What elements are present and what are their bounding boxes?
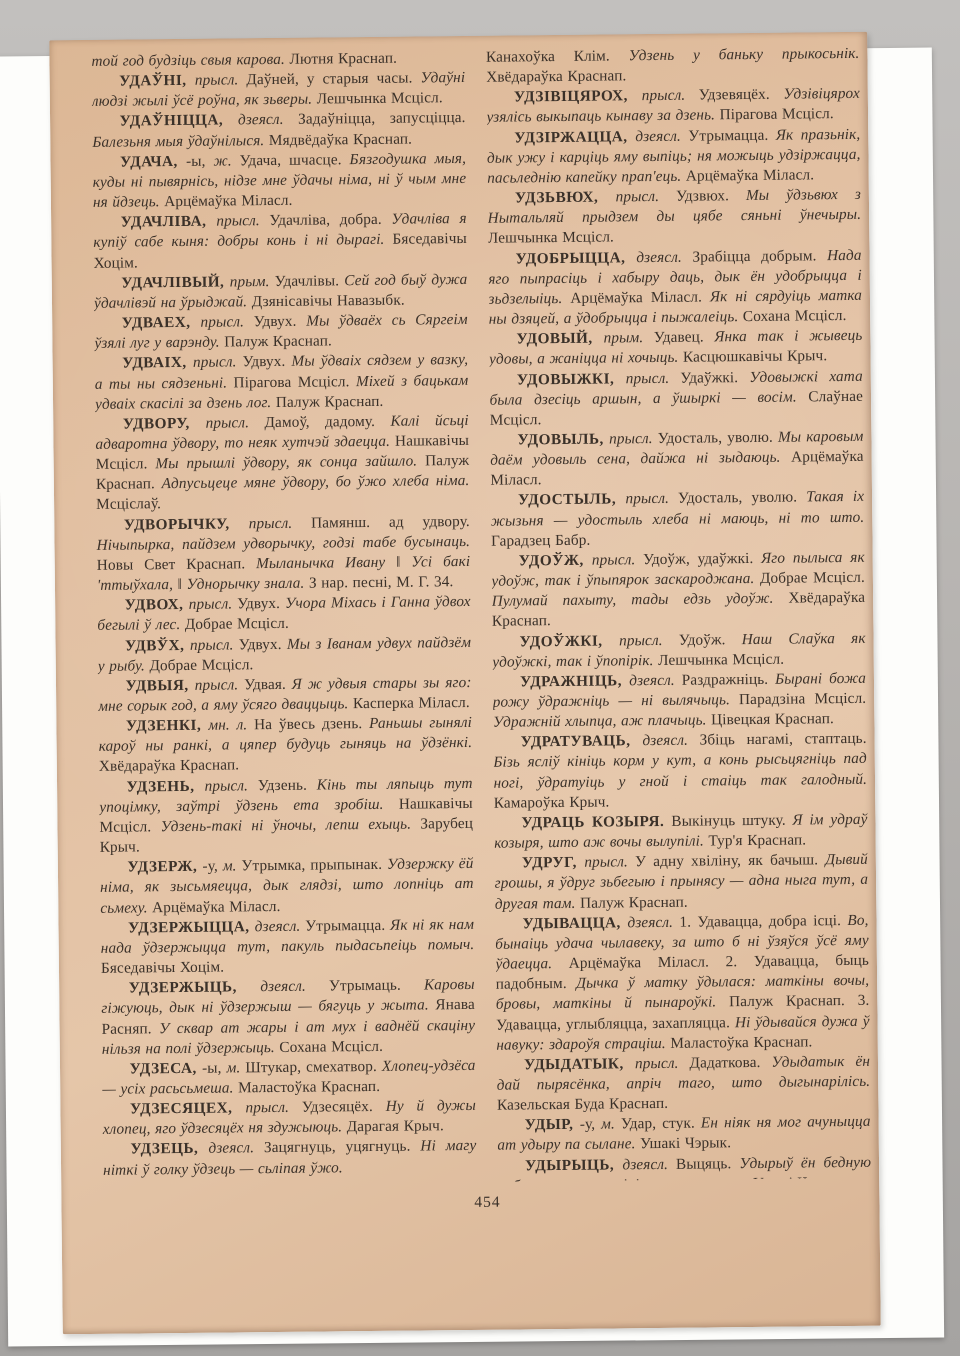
- entry-plain-text: Парадзіна Мсцісл.: [739, 690, 866, 708]
- entry-plain-text: Удосталь, уволю.: [678, 489, 806, 507]
- entry-italic-text: прысл.: [642, 87, 699, 105]
- entry-plain-text: Хвёдараўка Краснап.: [99, 757, 239, 775]
- entry-plain-text: Удвух.: [242, 353, 291, 371]
- entry-italic-text: дзеясл.: [627, 913, 679, 931]
- entry-italic-text: прысл.: [615, 188, 676, 206]
- entry-plain-text: Памянш. ад удвору.: [311, 513, 470, 532]
- entry-plain-text: Маластоўка Краснап.: [670, 1033, 812, 1051]
- entry-plain-text: Канахоўка Клім.: [486, 47, 629, 65]
- entry-plain-text: Удачліва, добра.: [269, 211, 391, 229]
- dictionary-entry: УДЗЕРЖЫЦЬ, дзеясл. Утрымаць. Каровы гіжу…: [101, 975, 475, 1060]
- entry-headword: УДВЫЯ,: [125, 677, 194, 695]
- entry-italic-text: прысл.: [625, 490, 678, 508]
- dictionary-entry: УДЗЕНЬ, прысл. Удзень. Кінь ты ляпыць ту…: [99, 774, 473, 859]
- entry-headword: УДОЎЖКІ,: [520, 632, 620, 650]
- entry-italic-text: прысл.: [216, 212, 269, 230]
- dictionary-entry: УДРАЖНІЦЬ, дзеясл. Раздражніць. Бырані б…: [492, 669, 866, 733]
- entry-plain-text: Ушакі Чэрык.: [640, 1135, 731, 1153]
- entry-italic-text: Удзень-такі ні ўночы, лепш ехыць.: [160, 815, 420, 835]
- entry-plain-text: Ушакі Чэрык.: [753, 1174, 844, 1182]
- entry-italic-text: прысл.: [204, 777, 257, 795]
- entry-plain-text: Дадаткова.: [689, 1054, 771, 1072]
- entry-plain-text: Зацягнуць, уцягнуць.: [264, 1138, 421, 1157]
- entry-plain-text: Утрымацца.: [688, 126, 776, 144]
- entry-headword: УДВОРЫЧКУ,: [124, 515, 249, 533]
- entry-plain-text: -у,: [202, 858, 222, 875]
- entry-plain-text: Утрымацца.: [305, 917, 390, 935]
- entry-italic-text: м.: [223, 858, 242, 875]
- entry-italic-text: ж.: [213, 152, 239, 169]
- column-right: Канахоўка Клім. Удзень у баньку прыкосьн…: [486, 44, 871, 1182]
- entry-italic-text: прысл.: [193, 354, 243, 372]
- entry-plain-text: Гарадзец Бабр.: [491, 531, 591, 549]
- dictionary-entry: УДОВЫЙ, прым. Удавец. Янка так і жывець …: [489, 326, 863, 370]
- entry-plain-text: Арцёмаўка Міласл.: [164, 192, 293, 210]
- dictionary-entry: УДРАТУВАЦЬ, дзеясл. Збіць нагамі, стапта…: [493, 729, 867, 814]
- entry-plain-text: Удосталь, уволю.: [658, 429, 778, 447]
- entry-plain-text: Палуж Краснап.: [224, 333, 332, 351]
- entry-italic-text: м.: [226, 1059, 245, 1076]
- entry-italic-text: прысл.: [200, 313, 253, 331]
- dictionary-entry: УДАЎНІЦЦА, дзеясл. Задаўніцца, запусціцц…: [92, 108, 466, 152]
- entry-headword: УДОБРЫЦЦА,: [515, 249, 636, 267]
- entry-plain-text: Утрымка, прыпынак.: [241, 856, 387, 875]
- entry-plain-text: Сохана Мсцісл.: [743, 307, 847, 325]
- entry-plain-text: Удар, стук.: [621, 1115, 701, 1133]
- dictionary-entry: УДЫДАТЫК, прысл. Дадаткова. Удыдатык ён …: [496, 1052, 870, 1116]
- dictionary-entry: УДЫР, -у, м. Удар, стук. Ен ніяк ня мог …: [497, 1112, 871, 1156]
- entry-italic-text: Бізь ясліў кініць корм у кут, а конь рыс…: [493, 750, 867, 791]
- entry-plain-text: Выцяць.: [676, 1155, 740, 1173]
- dictionary-entry: УДВЎХ, прысл. Удвух. Мы з Іванам удвух п…: [97, 632, 471, 676]
- entry-plain-text: Казельская Буда Краснап.: [497, 1095, 668, 1114]
- dictionary-entry: УДОСТЫЛЬ, прысл. Удосталь, уволю. Такая …: [490, 487, 864, 551]
- entry-plain-text: Палуж Краснап.: [580, 893, 688, 911]
- entry-headword: УДАЎНІ,: [119, 72, 195, 90]
- entry-plain-text: -ы,: [186, 152, 214, 169]
- dictionary-entry: УДАЧЛІВЫЙ, прым. Удачлівы. Сей год быў д…: [94, 270, 468, 314]
- entry-italic-text: Адпусьцеце мяне ўдвору, бо ўжо хлеба нім…: [161, 472, 469, 492]
- entry-plain-text: Лешчынка Мсцісл.: [317, 90, 443, 108]
- entry-plain-text: Удзевяцёх.: [699, 86, 784, 104]
- dictionary-entry: УДРУГ, прысл. У адну хвіліну, як бачыш. …: [494, 850, 868, 914]
- entry-plain-text: Удоўж.: [679, 631, 742, 649]
- dictionary-entry: УДЗЕСЯЦЕХ, прысл. Удзесяцёх. Ну й дужы х…: [102, 1096, 476, 1140]
- entry-italic-text: Нічыпырка, пайдзем удворычку, годзі табе…: [96, 533, 470, 554]
- dictionary-entry: УДВАЕХ, прысл. Удвух. Мы ўдваёх сь Сярге…: [94, 310, 468, 354]
- entry-italic-text: прысл.: [245, 1099, 301, 1117]
- entry-plain-text: Удвух.: [254, 313, 307, 331]
- entry-italic-text: прысл.: [205, 414, 264, 432]
- entry-plain-text: Утрымаць.: [329, 977, 424, 995]
- dictionary-entry: УДАЧЛІВА, прысл. Удачліва, добра. Удачлі…: [93, 209, 467, 273]
- entry-plain-text: Цівецкая Краснап.: [711, 710, 834, 728]
- entry-headword: УДОВЫЛЬ,: [517, 430, 609, 448]
- entry-italic-text: дзеясл.: [636, 248, 692, 266]
- dictionary-entry: УДОЎЖКІ, прысл. Удоўж. Наш Слаўка як удо…: [492, 628, 866, 672]
- entry-headword: УДВЎХ,: [125, 636, 190, 654]
- entry-plain-text: Маластоўка Краснап.: [238, 1078, 380, 1096]
- entry-italic-text: прысл.: [584, 853, 635, 871]
- entry-headword: УДАЧА,: [120, 153, 186, 171]
- entry-italic-text: Удражній хлыпца, аж плачыць.: [493, 712, 711, 731]
- dictionary-entry: УДВЫЯ, прысл. Удвая. Я ж удвыя стары зы …: [98, 673, 472, 717]
- dictionary-entry: УДЫРЫЦЬ, дзеясл. Выцяць. Удырыў ён бедну…: [497, 1152, 871, 1181]
- dictionary-entry: УДЗЬВЮХ, прысл. Удзвюх. Мы ўдзьвюх з Ныт…: [487, 185, 861, 249]
- entry-plain-text: Арцёмаўка Міласл.: [152, 898, 281, 916]
- entry-italic-text: прым.: [603, 329, 653, 347]
- entry-headword: УДОСТЫЛЬ,: [518, 491, 626, 509]
- dictionary-entry: УДВАІХ, прысл. Удвух. Мы ўдваіх сядзем у…: [95, 350, 469, 414]
- dictionary-entry: УДЗЕСА, -ы, м. Штукар, смехатвор. Хлопец…: [102, 1056, 476, 1100]
- entry-headword: УДВОРУ,: [123, 415, 206, 433]
- entry-italic-text: той год будзіць свыя карова.: [91, 51, 289, 70]
- entry-plain-text: Мсціслаў.: [96, 496, 161, 514]
- entry-italic-text: дзеясл.: [635, 127, 688, 145]
- entry-plain-text: На ўвесь дзень.: [254, 715, 369, 733]
- entry-italic-text: дзеясл.: [208, 1140, 264, 1158]
- entry-headword: УДАЎНІЦЦА,: [120, 112, 239, 130]
- entry-plain-text: Касперка Міласл.: [353, 694, 470, 712]
- dictionary-entry: УДВОХ, прысл. Удвух. Учора Міхась і Ганн…: [97, 592, 471, 636]
- entry-headword: УДАЧЛІВА,: [121, 213, 217, 231]
- entry-italic-text: прысл.: [619, 631, 679, 649]
- entry-plain-text: Дарагая Крыч.: [347, 1118, 444, 1136]
- dictionary-entry: УДРАЦЬ КОЗЫРЯ. Выкінуць штуку. Я ім удра…: [494, 810, 868, 854]
- dictionary-entry: УДАЧА, -ы, ж. Удача, шчасце. Бязгодушка …: [92, 149, 466, 213]
- entry-headword: УДОВЫЖКІ,: [517, 370, 626, 388]
- entry-headword: УДЗІВІЦЯРОХ,: [514, 87, 642, 105]
- entry-plain-text: Бяседавічы Хоцім.: [101, 959, 224, 977]
- entry-plain-text: Лютня Краснап.: [289, 50, 397, 68]
- entry-plain-text: Удвух.: [239, 635, 287, 653]
- entry-italic-text: дзеясл.: [255, 917, 306, 935]
- entry-headword: УДЫР,: [525, 1116, 580, 1134]
- dictionary-entry: УДЫВАЦЦА, дзеясл. 1. Удавацца, добра ісц…: [495, 911, 870, 1056]
- entry-plain-text: Добрае Мсцісл.: [149, 656, 253, 674]
- entry-plain-text: Удзесяцёх.: [302, 1098, 386, 1116]
- entry-headword: УДЗЕНКІ,: [126, 717, 209, 735]
- entry-italic-text: дзеясл.: [238, 111, 298, 129]
- entry-plain-text: Мядвёдаўка Краснап.: [269, 130, 412, 148]
- entry-headword: УДВОХ,: [125, 596, 189, 614]
- entry-plain-text: Раздражніць.: [682, 671, 776, 689]
- dictionary-entry: УДЗІВІЦЯРОХ, прысл. Удзевяцёх. Удзівіцяр…: [486, 84, 860, 128]
- entry-headword: УДЗЕНЬ,: [127, 777, 205, 795]
- entry-italic-text: прысл.: [195, 71, 247, 89]
- entry-headword: УДАЧЛІВЫЙ,: [121, 273, 230, 291]
- entry-headword: УДЗЕРЖЫЦЬ,: [129, 978, 261, 996]
- entry-plain-text: Удаўжкі.: [680, 369, 749, 387]
- entry-plain-text: Арцёмаўка Міласл.: [570, 288, 710, 306]
- entry-italic-text: м.: [601, 1116, 621, 1133]
- entry-headword: УДВАІХ,: [122, 354, 193, 372]
- text-block: той год будзіць свыя карова. Лютня Красн…: [91, 44, 871, 1186]
- entry-headword: УДЗЕСА,: [129, 1060, 202, 1078]
- entry-italic-text: прысл.: [249, 514, 312, 532]
- entry-headword: УДЗЕЦЬ,: [130, 1140, 208, 1158]
- entry-plain-text: Добрае Мсцісл.: [760, 569, 865, 587]
- entry-plain-text: Удвух.: [237, 595, 285, 613]
- entry-plain-text: Даўней, у старыя часы.: [246, 70, 420, 89]
- entry-italic-text: прысл.: [195, 676, 245, 694]
- entry-plain-text: Пірагова Мсцісл.: [233, 373, 356, 391]
- entry-plain-text: Хвёдараўка Краснап.: [486, 67, 626, 85]
- entry-italic-text: дзеясл.: [642, 732, 699, 750]
- entry-italic-text: дзеясл.: [260, 978, 329, 996]
- entry-plain-text: Палуж Краснап.: [276, 392, 384, 410]
- entry-plain-text: Удоўж, удаўжкі.: [643, 550, 761, 568]
- dictionary-entry: УДЗЕРЖЫЦЦА, дзеясл. Утрымацца. Як ні як …: [100, 915, 474, 979]
- entry-italic-text: Пулумай пахыту, тады едзь удоўж.: [492, 590, 789, 610]
- entry-italic-text: Балезьня мыя ўдаўнілыся.: [92, 132, 269, 151]
- entry-headword: УДЗЕРЖЫЦЦА,: [128, 918, 255, 936]
- entry-italic-text: мн. л.: [208, 716, 254, 733]
- entry-plain-text: Дзянісавічы Навазыбк.: [252, 291, 405, 310]
- entry-italic-text: прысл.: [626, 369, 681, 387]
- book-page: той год будзіць свыя карова. Лютня Красн…: [49, 32, 881, 1334]
- entry-headword: УДЗЬВЮХ,: [515, 188, 616, 206]
- entry-headword: УДЗІРЖАЦЦА,: [514, 128, 635, 146]
- entry-plain-text: Выкінуць штуку.: [671, 812, 792, 830]
- entry-headword: УДРАЦЬ КОЗЫРЯ.: [521, 813, 671, 832]
- dictionary-entry: УДЗІРЖАЦЦА, дзеясл. Утрымацца. Як празьн…: [487, 124, 861, 188]
- entry-headword: УДЗЕСЯЦЕХ,: [130, 1099, 246, 1117]
- entry-headword: УДЫРЫЦЬ,: [525, 1156, 623, 1174]
- dictionary-entry: УДВОРУ, прысл. Дамоў, дадому. Калі йсьці…: [95, 411, 470, 516]
- entry-italic-text: дзеясл.: [622, 1155, 676, 1173]
- entry-plain-text: Удзвюх.: [676, 187, 746, 205]
- entry-headword: УДЫВАЦЦА,: [522, 914, 627, 932]
- entry-italic-text: прысл.: [190, 636, 239, 654]
- entry-italic-text: дзеясл.: [629, 672, 682, 690]
- entry-plain-text: Тур'я Краснап.: [708, 832, 806, 850]
- scanned-book-photo: { "colors":{"bg":"#b7b4b1","sheet":"#fdf…: [0, 0, 960, 1356]
- dictionary-entry: УДЗЕНКІ, мн. л. На ўвесь дзень. Раньшы г…: [98, 713, 472, 777]
- dictionary-entry: Канахоўка Клім. Удзень у баньку прыкосьн…: [486, 44, 860, 88]
- entry-plain-text: Касцюшкавічы Крыч.: [683, 348, 827, 367]
- dictionary-entry: УДЗЕЦЬ, дзеясл. Зацягнуць, уцягнуць. Ні …: [103, 1136, 477, 1180]
- entry-plain-text: Новы Свет Краснап.: [97, 555, 257, 574]
- entry-plain-text: Дамоў, дадому.: [264, 413, 390, 431]
- column-left: той год будзіць свыя карова. Лютня Красн…: [91, 48, 476, 1186]
- dictionary-entry: УДВОРЫЧКУ, прысл. Памянш. ад удвору. Ніч…: [96, 512, 470, 597]
- entry-headword: УДОВЫЙ,: [516, 330, 603, 348]
- entry-plain-text: Удачлівы.: [275, 272, 345, 290]
- entry-plain-text: Лешчынка Мсцісл.: [488, 229, 614, 247]
- entry-plain-text: Удавец.: [654, 329, 715, 347]
- entry-plain-text: 1. Удавацца, добра ісці.: [679, 912, 847, 931]
- entry-plain-text: -ы,: [202, 1059, 227, 1076]
- entry-italic-text: прысл.: [189, 596, 238, 614]
- entry-headword: УДРУГ,: [522, 854, 585, 872]
- entry-italic-text: прысл.: [592, 551, 643, 569]
- entry-headword: УДЗЕРЖ,: [127, 858, 202, 876]
- entry-plain-text: Збіць нагамі, стаптаць.: [699, 730, 866, 749]
- entry-plain-text: У адну хвіліну, як бачыш.: [635, 851, 825, 870]
- page-number: 454: [103, 1190, 871, 1216]
- dictionary-entry: УДОБРЫЦЦА, дзеясл. Зрабіцца добрым. Нада…: [488, 245, 862, 330]
- entry-plain-text: Добрае Мсцісл.: [185, 615, 289, 633]
- entry-headword: УДРАЖНІЦЬ,: [520, 672, 629, 690]
- entry-italic-text: Мы прышлі ўдвору, як сонца зайшло.: [155, 453, 425, 473]
- entry-plain-text: Пірагова Мсцісл.: [719, 106, 833, 124]
- entry-plain-text: Удвая.: [244, 676, 292, 693]
- entry-plain-text: Удзень.: [258, 776, 317, 794]
- entry-plain-text: З нар. песні, М. Г. 34.: [309, 573, 454, 592]
- dictionary-entry: УДЗЕРЖ, -у, м. Утрымка, прыпынак. Удзерж…: [100, 854, 474, 918]
- entry-plain-text: Задаўніцца, запусціцца.: [298, 109, 466, 128]
- entry-plain-text: Штукар, смехатвор.: [245, 1058, 382, 1076]
- entry-plain-text: Арцёмаўка Міласл.: [686, 166, 815, 184]
- entry-plain-text: Сохана Мсцісл.: [279, 1038, 383, 1056]
- entry-plain-text: Камароўка Крыч.: [494, 793, 610, 811]
- entry-italic-text: Удзень у баньку прыкосьнік.: [628, 45, 859, 64]
- entry-headword: УДРАТУВАЦЬ,: [521, 732, 643, 750]
- entry-headword: УДЫДАТЫК,: [524, 1055, 635, 1073]
- entry-italic-text: прысл.: [635, 1054, 690, 1072]
- dictionary-entry: УДАЎНІ, прысл. Даўней, у старыя часы. Уд…: [92, 68, 466, 112]
- entry-headword: УДВАЕХ,: [122, 314, 201, 332]
- entry-plain-text: -у,: [580, 1116, 602, 1133]
- entry-italic-text: прысл.: [609, 430, 658, 448]
- entry-plain-text: Зрабіцца добрым.: [692, 247, 827, 265]
- entry-italic-text: прым.: [230, 273, 275, 290]
- dictionary-entry: УДОЎЖ, прысл. Удоўж, удаўжкі. Яго пылыса…: [491, 548, 865, 633]
- entry-plain-text: Лешчынка Мсцісл.: [658, 650, 784, 668]
- entry-plain-text: Удача, шчасце.: [240, 151, 350, 169]
- dictionary-entry: УДОВЫЛЬ, прысл. Удосталь, уволю. Мы каро…: [490, 427, 864, 491]
- entry-headword: УДОЎЖ,: [519, 552, 592, 570]
- dictionary-entry: УДОВЫЖКІ, прысл. Удаўжкі. Удовыжкі хата …: [489, 366, 863, 430]
